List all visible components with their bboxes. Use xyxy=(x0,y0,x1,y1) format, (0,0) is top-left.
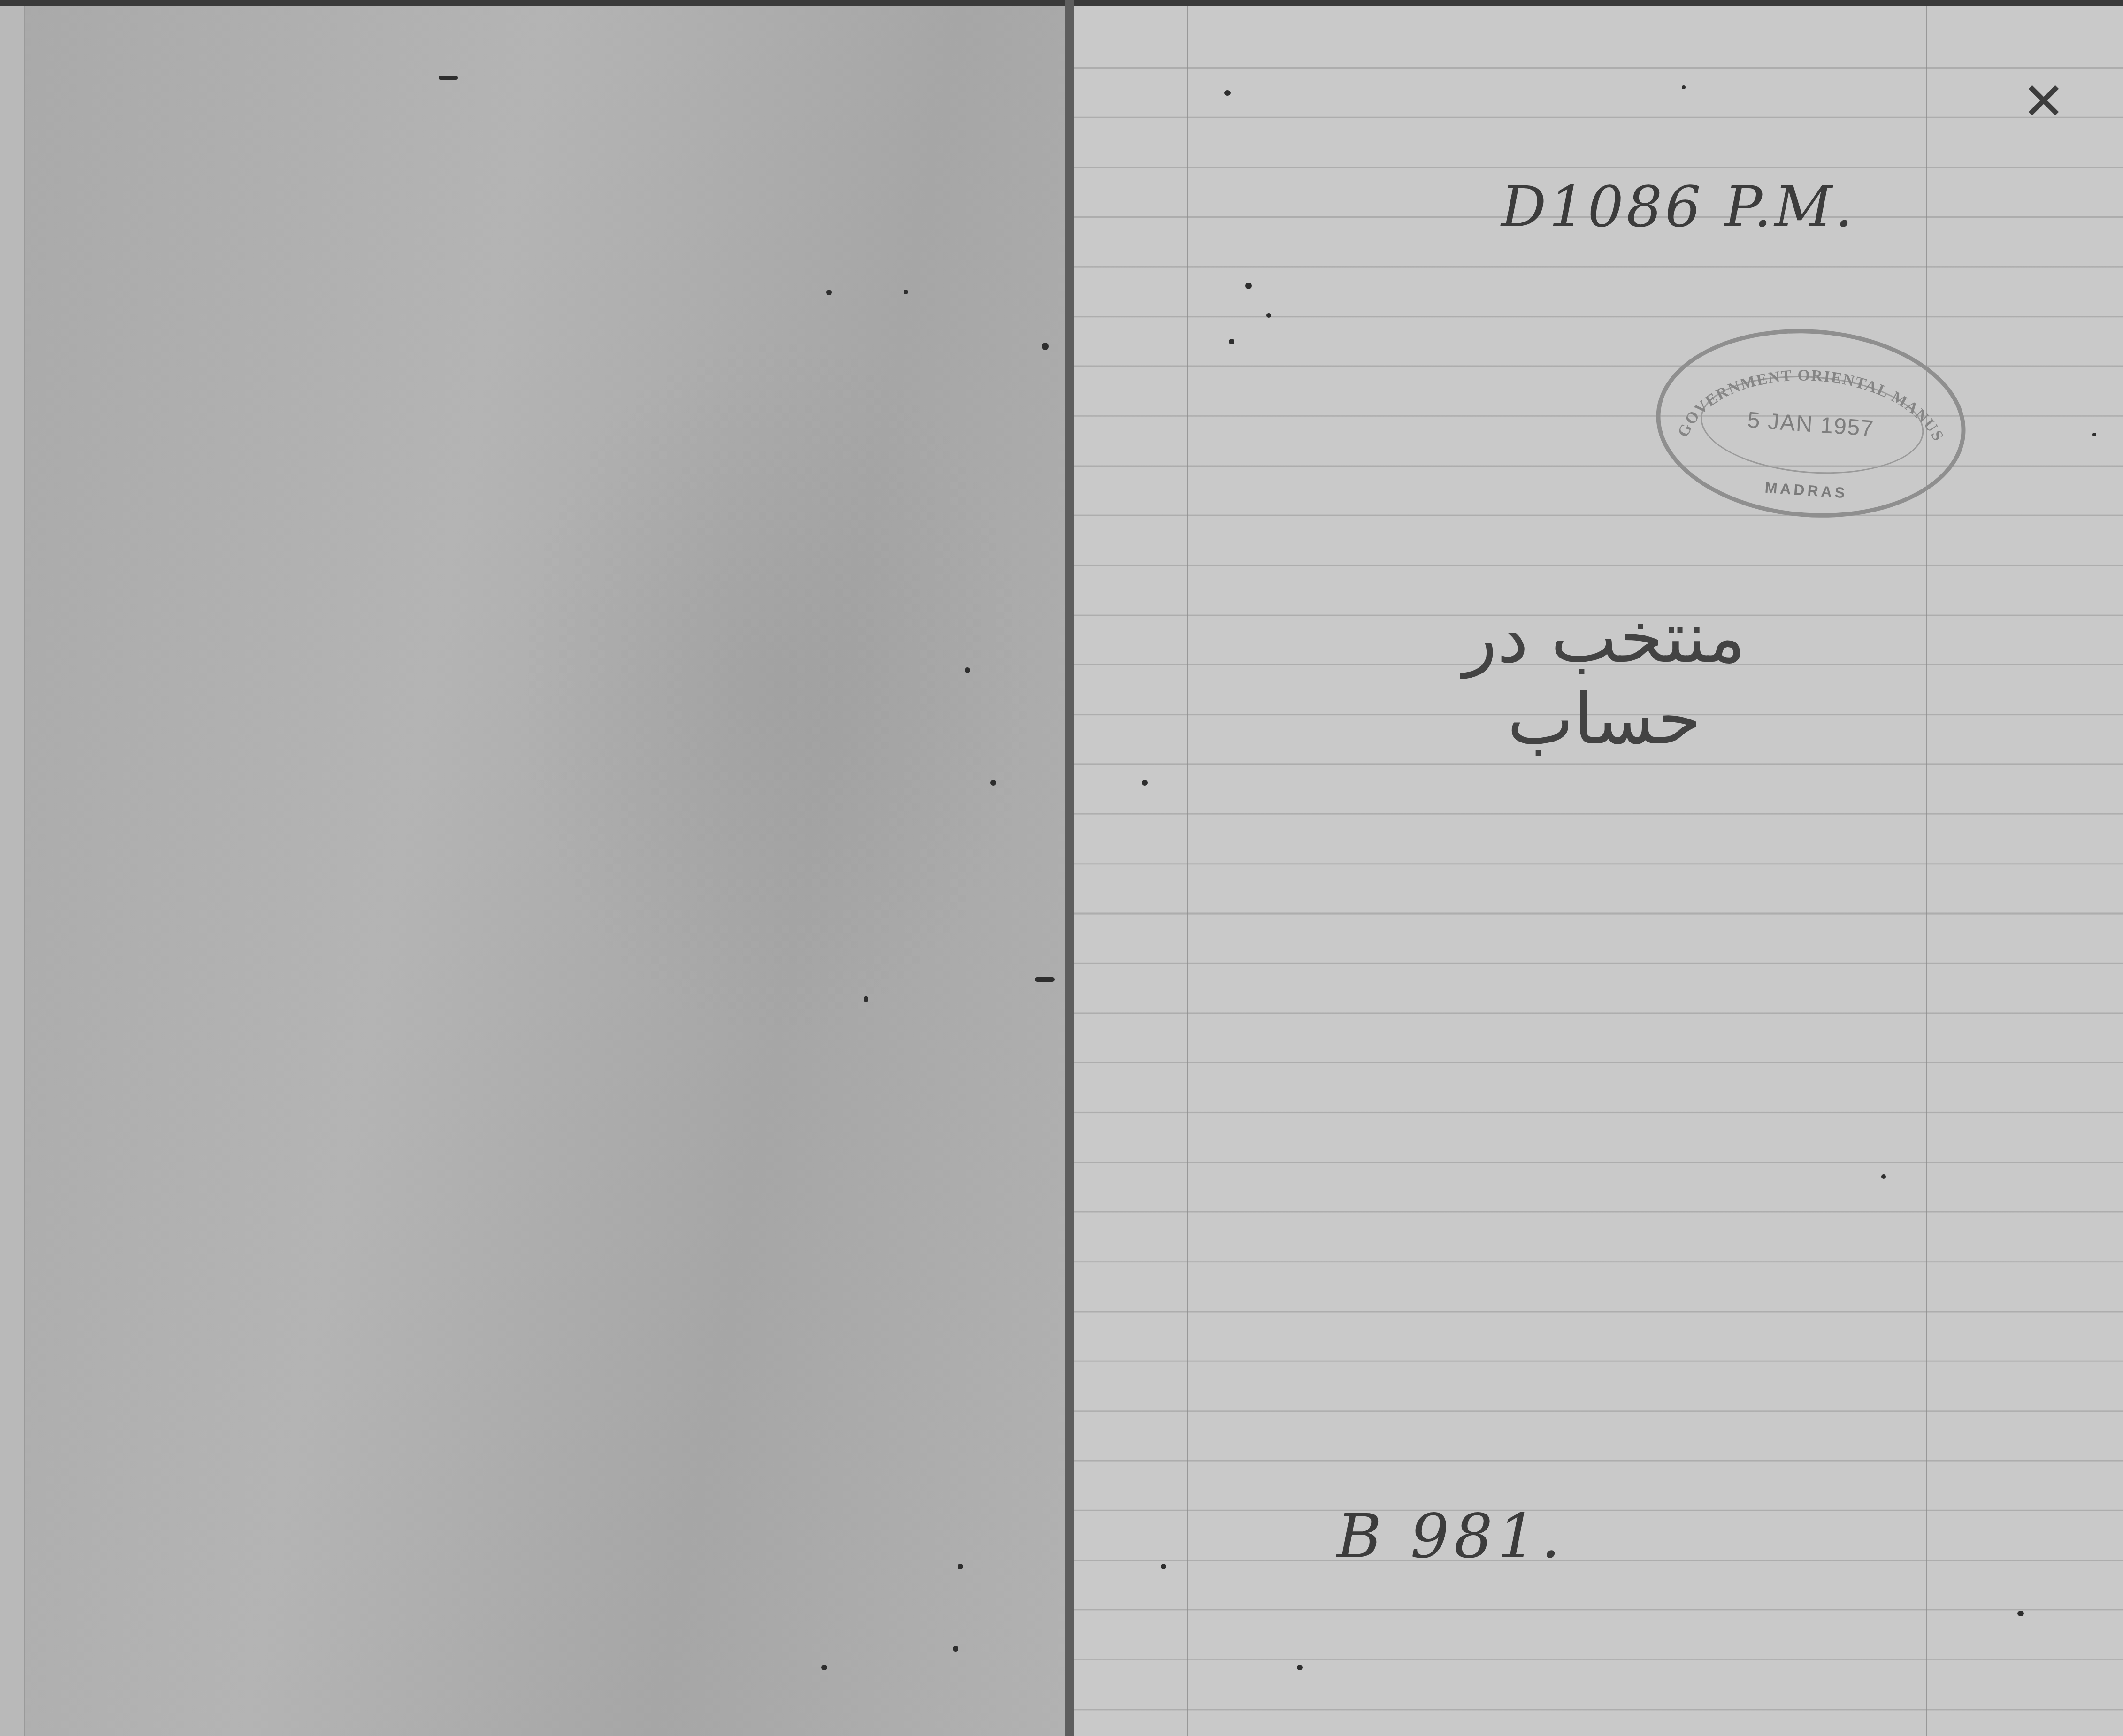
ink-speck xyxy=(1881,1174,1886,1179)
shelfmark-top: D1086 P.M. xyxy=(1501,175,1855,240)
ink-speck xyxy=(1224,90,1231,96)
ink-speck xyxy=(1297,1665,1303,1670)
scan-top-edge xyxy=(0,0,2123,6)
ink-speck xyxy=(1161,1564,1166,1569)
ink-speck xyxy=(439,76,458,80)
page-shadow xyxy=(516,334,1033,1038)
left-page-blank xyxy=(0,6,1065,1736)
ink-speck xyxy=(864,996,868,1002)
ink-speck xyxy=(953,1646,958,1652)
ink-speck xyxy=(2017,1611,2024,1616)
ink-speck xyxy=(2092,433,2096,436)
ink-speck xyxy=(826,290,832,295)
library-stamp: GOVERNMENT ORIENTAL MANUSCRIPTS LIBRARY … xyxy=(1650,319,1972,528)
ink-speck xyxy=(821,1665,827,1670)
manuscript-title: منتخب در حساب xyxy=(1426,597,1783,760)
ink-speck xyxy=(1682,85,1686,89)
ink-speck xyxy=(1035,977,1055,982)
book-gutter xyxy=(1065,0,1074,1736)
ink-speck xyxy=(1245,283,1252,289)
ink-speck xyxy=(1266,313,1271,318)
ink-speck xyxy=(904,290,908,294)
check-mark-icon: ✕ xyxy=(2022,71,2065,131)
ink-speck xyxy=(990,780,996,786)
left-margin-rule xyxy=(1187,6,1188,1736)
right-page-ruled: ✕ D1086 P.M. GOVERNMENT ORIENTAL MANUSCR… xyxy=(1074,6,2123,1736)
right-margin-rule xyxy=(1926,6,1927,1736)
shelfmark-bottom: B 981. xyxy=(1337,1500,1565,1572)
left-page-fold-strip xyxy=(0,6,25,1736)
ink-speck xyxy=(965,667,970,673)
ink-speck xyxy=(1042,343,1049,350)
ink-speck xyxy=(958,1564,963,1569)
ink-speck xyxy=(1142,780,1148,786)
ink-speck xyxy=(1229,339,1234,344)
